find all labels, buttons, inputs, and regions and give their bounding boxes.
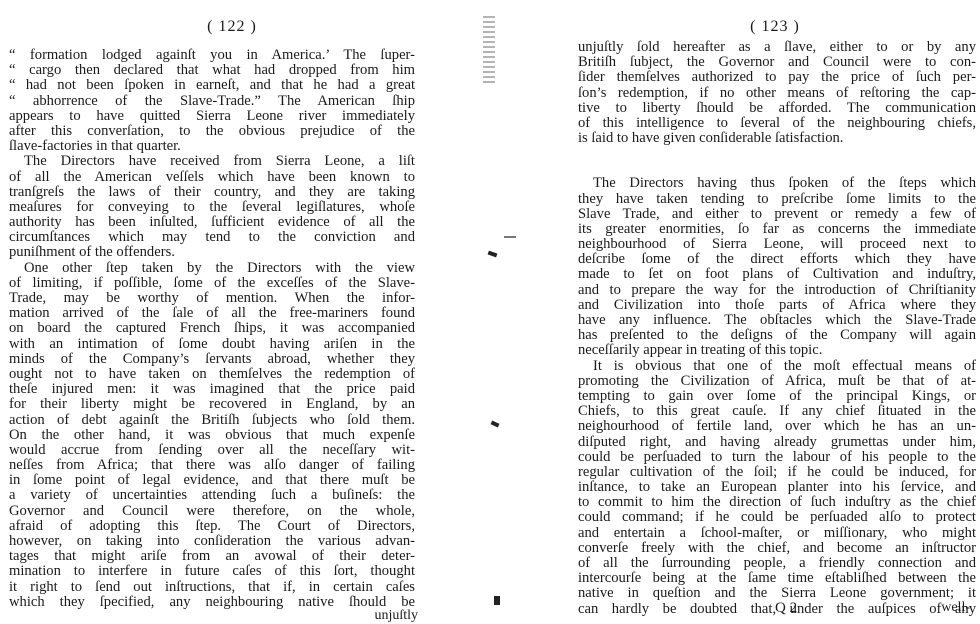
text-line: and entertain a ſchool-maſter, or miſſio… <box>578 526 976 541</box>
text-line: Slave Trade, and either to prevent or re… <box>578 207 976 222</box>
gutter-ink-speck <box>494 596 500 605</box>
signature-mark: Q 2 <box>775 600 797 617</box>
text-line: The Directors having thus ſpoken of the … <box>578 176 976 191</box>
text-line: ſlave-factories in that quarter. <box>9 139 415 154</box>
text-line: of this intelligence to ſeveral of the n… <box>578 116 976 131</box>
text-line: appears to have quitted Sierra Leone riv… <box>9 109 415 124</box>
text-line: circumſtances which may tend to the conv… <box>9 230 415 245</box>
text-line: tive to liberty ſhould be afforded. The … <box>578 101 976 116</box>
page-number: ( 122 ) <box>12 18 452 36</box>
text-line: could command; if he could be perſuaded … <box>578 510 976 525</box>
text-line: unjuſtly ſold hereafter as a ſlave, eith… <box>578 40 976 55</box>
text-line: “ abhorrence of the Slave-Trade.” The Am… <box>9 94 415 109</box>
text-line: in ſome point of legal evidence, and tha… <box>9 473 415 488</box>
text-line: Chiefs, to this great cauſe. If any chie… <box>578 404 976 419</box>
text-line: would accrue from ſending over all the n… <box>9 443 415 458</box>
text-line: diſputed right, and having already grume… <box>578 435 976 450</box>
text-line: made to ſet on foot plans of Cultivation… <box>578 267 976 282</box>
text-line: “ cargo then declared that what had drop… <box>9 63 415 78</box>
text-line: regular cultivation of the ſoil; if he c… <box>578 465 976 480</box>
text-line: ſon’s redemption, if no other means of r… <box>578 86 976 101</box>
text-line: Governor and Council were therefore, on … <box>9 504 415 519</box>
text-line: have any influence. The obſtacles which … <box>578 313 976 328</box>
text-line <box>578 146 976 176</box>
text-line: they have taken tending to preſcribe ſom… <box>578 192 976 207</box>
text-line: minds of the Company’s ſervants abroad, … <box>9 352 415 367</box>
text-line: The Directors have received from Sierra … <box>9 154 415 169</box>
left-page: ( 122 ) “ formation lodged againſt you i… <box>0 0 440 624</box>
text-line: on board the captured French ſhips, it w… <box>9 321 415 336</box>
text-line: after this converſation, to the obvious … <box>9 124 415 139</box>
text-line: One other ſtep taken by the Directors wi… <box>9 261 415 276</box>
text-line: tranſgreſs the laws of their country, an… <box>9 185 415 200</box>
text-line: ought not to have taken on themſelves th… <box>9 367 415 382</box>
book-gutter <box>480 0 510 624</box>
gutter-mark <box>504 236 516 238</box>
text-line: intercourſe being at the ſame time eſtab… <box>578 571 976 586</box>
text-line: theſe injured men: it was imagined that … <box>9 382 415 397</box>
text-line: promoting the Civilization of Africa, mu… <box>578 374 976 389</box>
text-line: ſider themſelves authorized to pay the p… <box>578 70 976 85</box>
text-line: tempting to gain over ſome of the princi… <box>578 389 976 404</box>
text-line: neceſſarily appear in treating of this t… <box>578 343 976 358</box>
text-line: Britiſh ſubject, the Governor and Counci… <box>578 55 976 70</box>
text-line: mination to interfere in future caſes of… <box>9 564 415 579</box>
text-line: neſſes from Africa; that there was alſo … <box>9 458 415 473</box>
text-line: a variety of uncertainties attending ſuc… <box>9 488 415 503</box>
gutter-stitching <box>483 16 495 86</box>
text-line: neighourhood of fertile land, over which… <box>578 419 976 434</box>
text-line: of all the ſurrounding people, a friendl… <box>578 556 976 571</box>
text-line: neighbourhood of Sierra Leone, will proc… <box>578 237 976 252</box>
text-line: for their liberty might be recovered in … <box>9 397 415 412</box>
text-line: On the other hand, it was obvious that m… <box>9 428 415 443</box>
text-line: however, on taking into conſideration th… <box>9 534 415 549</box>
text-line: It is obvious that one of the moſt effec… <box>578 359 976 374</box>
text-line: deſcribe ſome of the direct efforts whic… <box>578 252 976 267</box>
text-line: of all the American veſſels which have b… <box>9 170 415 185</box>
text-line: is ſaid to have given conſiderable ſatis… <box>578 131 976 146</box>
text-line: “ had not been ſpoken in earneſt, and th… <box>9 78 415 93</box>
text-line: mation arrived of the ſale of all the fr… <box>9 306 415 321</box>
text-line: puniſhment of the offenders. <box>9 245 415 260</box>
catchword: well- <box>941 600 970 616</box>
right-page: ( 123 ) unjuſtly ſold hereafter as a ſla… <box>545 0 965 624</box>
text-line: to commit to him the direction of ſuch i… <box>578 495 976 510</box>
catchword: unjuſtly <box>374 608 418 624</box>
text-line: afraid of adopting this ſtep. The Court … <box>9 519 415 534</box>
text-line: and to prepare the way for the introduct… <box>578 283 976 298</box>
text-line: has preſented to the deſigns of the Comp… <box>578 328 976 343</box>
text-line: inſtance, to take an European planter in… <box>578 480 976 495</box>
text-line: its greater enormities, ſo far as concer… <box>578 222 976 237</box>
text-line: and Civilization into thoſe parts of Afr… <box>578 298 976 313</box>
text-line: tages that might ariſe from an avowal of… <box>9 549 415 564</box>
text-line: converſe freely with the chief, and beco… <box>578 541 976 556</box>
text-line: it right to ſend out inſtructions, that … <box>9 580 415 595</box>
text-line: authority has been inſulted, ſufficient … <box>9 215 415 230</box>
body-text: unjuſtly ſold hereafter as a ſlave, eith… <box>578 40 976 617</box>
text-line: with an intimation of ſome doubt having … <box>9 337 415 352</box>
page-number: ( 123 ) <box>565 18 980 36</box>
text-line: action of debt againſt the Britiſh ſubje… <box>9 413 415 428</box>
text-line: could be perſuaded to turn the labour of… <box>578 450 976 465</box>
text-line: meaſures for conveying to the ſeveral le… <box>9 200 415 215</box>
text-line: which they ſpecified, any neighbouring n… <box>9 595 415 610</box>
text-line: Trade, may be worthy of mention. When th… <box>9 291 415 306</box>
text-line: of limiting, if poſſible, ſome of the ex… <box>9 276 415 291</box>
body-text: “ formation lodged againſt you in Americ… <box>9 48 415 610</box>
text-line: “ formation lodged againſt you in Americ… <box>9 48 415 63</box>
